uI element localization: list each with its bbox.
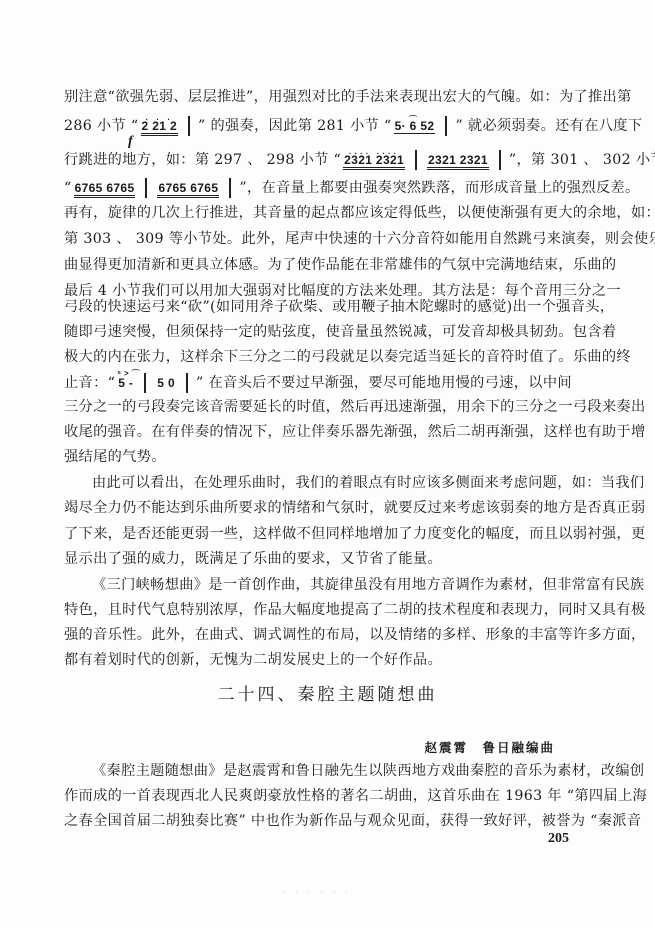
music-notation: 6765 6765: [74, 182, 136, 198]
paragraph-line: 极大的内在张力，这样余下三分之二的弓段就足以奏完适当延长的音符时值了。乐曲的终: [64, 347, 594, 367]
text-segment: 行跳进的地方，如：第 297 、 298 小节 “: [64, 152, 341, 168]
paragraph-line: 曲显得更加清新和更具立体感。为了使作品能在非常雄伟的气氛中完满地结束，乐曲的: [64, 255, 594, 275]
paragraph-line: 特色，且时代气息特别浓厚，作品大幅度地提高了二胡的技术程度和表现力，同时又具有极: [64, 600, 594, 620]
chapter-authors: 赵震霄 鲁日融编曲: [424, 738, 555, 756]
paragraph-line: 显示出了强的威力，既满足了乐曲的要求，又节省了能量。: [64, 549, 594, 569]
music-notation: ⌒5· 6 52: [394, 120, 436, 134]
text-segment: ”，第 301 、 302 小节: [509, 152, 655, 168]
paragraph-line: 三分之一的弓段奏完该音需要延长的时值，然后再迅速渐强，用余下的三分之一弓段来奏出: [64, 397, 594, 417]
music-notation: 6765 6765: [157, 182, 219, 198]
text-segment: “: [64, 180, 72, 196]
bar-line: [188, 116, 190, 136]
book-page: 别注意“欲强先弱、层层推进”，用强烈对比的手法来表现出宏大的气魄。如：为了推出第…: [0, 0, 655, 928]
text-segment: 止音：“: [64, 375, 115, 391]
paragraph-line: 强结尾的气势。: [64, 447, 594, 467]
notation-line: 行跳进的地方，如：第 297 、 298 小节 “···· ····2321 2…: [64, 150, 594, 170]
text-segment: ” 就必须弱奏。还有在八度下: [455, 118, 642, 134]
music-notation: 2321 2321: [427, 154, 489, 170]
paragraph-line: 别注意“欲强先弱、层层推进”，用强烈对比的手法来表现出宏大的气魄。如：为了推出第: [64, 87, 594, 107]
notation-line: “6765 67656765 6765”，在音量上都要由强奏突然跌落，而形成音量…: [64, 178, 594, 198]
chapter-title: 二十四、秦腔主题随想曲: [0, 680, 655, 705]
forte-mark: f: [128, 134, 133, 150]
text-segment: 286 小节 “: [64, 118, 139, 134]
paragraph-line: 收尾的强音。在有伴奏的情况下，应让伴奏乐器先渐强，然后二胡再渐强，这样也有助于增: [64, 422, 594, 442]
notation-line: 286 小节 “· · ·2 21 2” 的强奏，因此第 281 小节 “⌒5·…: [64, 116, 594, 136]
paragraph-line: 竭尽全力仍不能达到乐曲所要求的情绪和气氛时，就要反过来考虑该弱奏的地方是否真正弱: [64, 498, 594, 518]
paragraph-line: 之春全国首届二胡独奏比赛” 中也作为新作品与观众见面，获得一致好评，被誉为 “秦…: [64, 811, 594, 831]
bar-line: [445, 116, 447, 136]
music-notation: · · ·2 21 2: [141, 120, 178, 136]
text-segment: ” 在音头后不要过早渐强，要尽可能地用慢的弓速，以中间: [196, 375, 572, 391]
paragraph-line: 《秦腔主题随想曲》是赵震霄和鲁日融先生以陕西地方戏曲秦腔的音乐为素材，改编创: [92, 761, 594, 781]
paragraph-line: 由此可以看出，在处理乐曲时，我们的着眼点有时应该多侧面来考虑问题，如：当我们: [92, 473, 594, 493]
paragraph-line: 了下来，是否还能更弱一些，这样做不但同样地增加了力度变化的幅度，而且以弱衬强，更: [64, 524, 594, 544]
paragraph-line: 第 303 、 309 等小节处。此外，尾声中快速的十六分音符如能用自然跳弓来演…: [64, 229, 594, 249]
music-notation: ···· ····2321 2321: [343, 154, 405, 170]
paragraph-line: 都有着划时代的创新，无愧为二胡发展史上的一个好作品。: [64, 650, 594, 670]
text-segment: ”，在音量上都要由强奏突然跌落，而形成音量上的强烈反差。: [239, 180, 639, 196]
paragraph-line: 强的音乐性。此外，在曲式、调式调性的布局，以及情绪的多样、形象的丰富等许多方面，: [64, 625, 594, 645]
bar-line: [499, 150, 501, 170]
bar-line: [145, 178, 147, 198]
notation-line: 止音：“⁵>⌒5 -5 0” 在音头后不要过早渐强，要尽可能地用慢的弓速，以中间: [64, 373, 594, 393]
paragraph-line: 再有，旋律的几次上行推进，其音量的起点都应该定得低些，以便使渐强有更大的余地，如…: [64, 203, 594, 223]
text-segment: ” 的强奏，因此第 281 小节 “: [198, 118, 392, 134]
paragraph-line: 《三门峡畅想曲》是一首创作曲，其旋律虽没有用地方音调作为素材，但非常富有民族: [92, 575, 594, 595]
bar-line: [229, 178, 231, 198]
music-notation: ⁵>⌒5 -: [117, 377, 134, 390]
paragraph-line: 作而成的一首表现西北人民爽朗豪放性格的著名二胡曲，这首乐曲在 1963 年 “第…: [64, 786, 594, 806]
bar-line: [186, 373, 188, 393]
footer-mark: · · · · · ·: [283, 888, 351, 896]
bar-line: [415, 150, 417, 170]
music-notation: 5 0: [156, 377, 176, 390]
paragraph-line: 弓段的快速运弓来“砍”(如同用斧子砍柴、或用鞭子抽木陀螺时的感觉)出一个强音头，: [64, 297, 594, 317]
page-number: 205: [548, 831, 569, 847]
paragraph-line: 随即弓速突慢，但须保持一定的贴弦度，使音量虽然锐减，可发音却极具韧劲。包含着: [64, 322, 594, 342]
bar-line: [144, 373, 146, 393]
